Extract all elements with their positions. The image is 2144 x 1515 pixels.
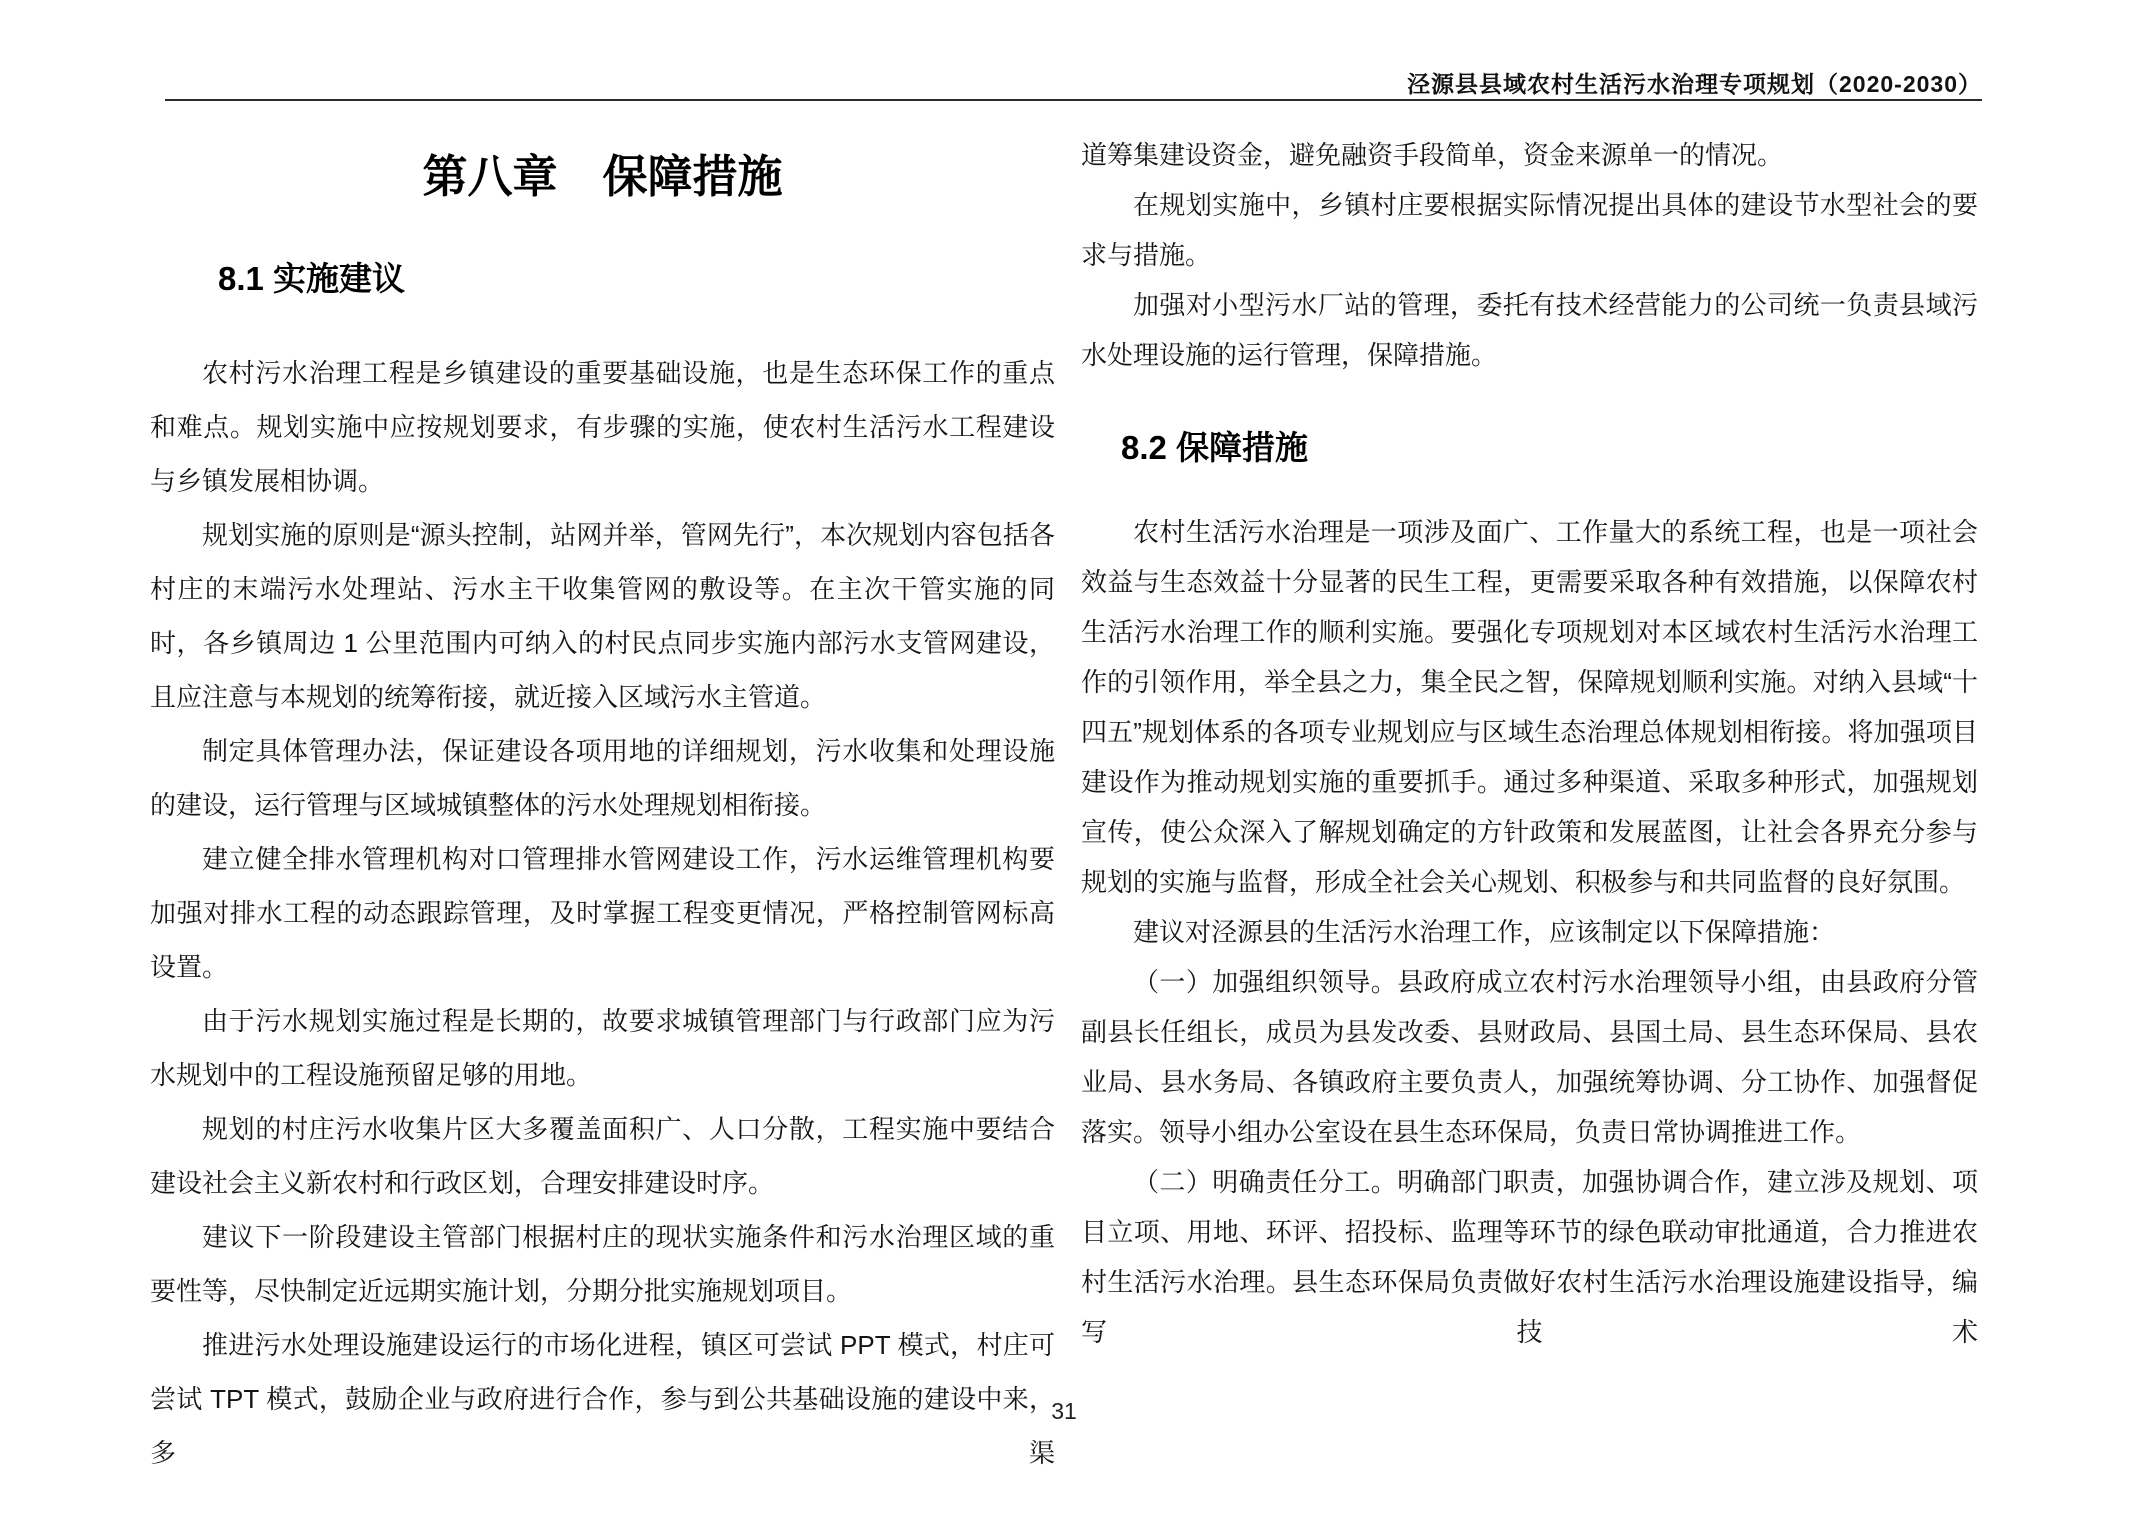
two-column-body: 第八章 保障措施 8.1 实施建议 农村污水治理工程是乡镇建设的重要基础设施，也… [150,118,1978,1480]
document-page: 泾源县县域农村生活污水治理专项规划（2020-2030） 第八章 保障措施 8.… [0,0,2144,1515]
paragraph-continuation: 道筹集建设资金，避免融资手段简单，资金来源单一的情况。 [1081,130,1978,180]
left-column: 第八章 保障措施 8.1 实施建议 农村污水治理工程是乡镇建设的重要基础设施，也… [150,118,1055,1480]
paragraph: 加强对小型污水厂站的管理，委托有技术经营能力的公司统一负责县域污水处理设施的运行… [1081,280,1978,380]
page-number: 31 [150,1398,1978,1425]
page-header: 泾源县县域农村生活污水治理专项规划（2020-2030） [1407,66,1982,99]
paragraph: 农村污水治理工程是乡镇建设的重要基础设施，也是生态环保工作的重点和难点。规划实施… [150,346,1055,508]
paragraph: 制定具体管理办法，保证建设各项用地的详细规划，污水收集和处理设施的建设，运行管理… [150,724,1055,832]
paragraph: （一）加强组织领导。县政府成立农村污水治理领导小组，由县政府分管副县长任组长，成… [1081,957,1978,1157]
paragraph: 在规划实施中，乡镇村庄要根据实际情况提出具体的建设节水型社会的要求与措施。 [1081,180,1978,280]
paragraph: 建议下一阶段建设主管部门根据村庄的现状实施条件和污水治理区域的重要性等，尽快制定… [150,1210,1055,1318]
paragraph: 规划的村庄污水收集片区大多覆盖面积广、人口分散，工程实施中要结合建设社会主义新农… [150,1102,1055,1210]
right-column: 道筹集建设资金，避免融资手段简单，资金来源单一的情况。 在规划实施中，乡镇村庄要… [1081,118,1978,1480]
section-heading-8-1: 8.1 实施建议 [218,253,1055,300]
header-rule [165,99,1982,101]
paragraph: （二）明确责任分工。明确部门职责，加强协调合作，建立涉及规划、项目立项、用地、环… [1081,1157,1978,1357]
paragraph: 建议对泾源县的生活污水治理工作，应该制定以下保障措施： [1081,907,1978,957]
header-title: 泾源县县域农村生活污水治理专项规划（2020-2030） [1407,71,1982,97]
paragraph: 由于污水规划实施过程是长期的，故要求城镇管理部门与行政部门应为污水规划中的工程设… [150,994,1055,1102]
paragraph: 建立健全排水管理机构对口管理排水管网建设工作，污水运维管理机构要加强对排水工程的… [150,832,1055,994]
paragraph: 农村生活污水治理是一项涉及面广、工作量大的系统工程，也是一项社会效益与生态效益十… [1081,507,1978,907]
section-heading-8-2: 8.2 保障措施 [1121,422,1978,469]
chapter-title: 第八章 保障措施 [150,140,1055,205]
paragraph: 规划实施的原则是“源头控制，站网并举，管网先行”，本次规划内容包括各村庄的末端污… [150,508,1055,724]
